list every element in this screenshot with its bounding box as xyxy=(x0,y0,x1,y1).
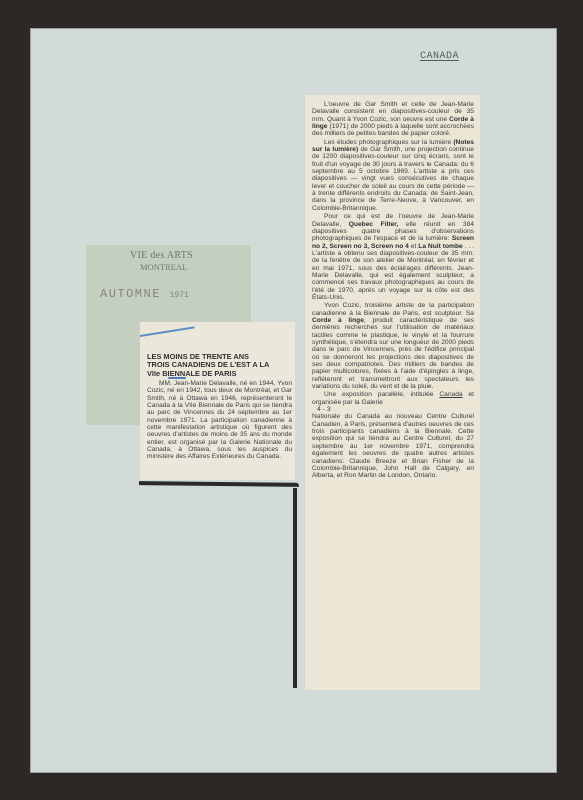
right-newspaper-clipping: L'oeuvre de Gar Smith et celle de Jean-M… xyxy=(305,95,480,690)
paragraph-3: Pour ce qui est de l'oeuvre de Jean-Mari… xyxy=(312,213,474,301)
stamp-season-text: AUTOMNE xyxy=(100,287,161,301)
page-reference: 4 - 3 xyxy=(312,406,474,413)
paragraph-2: Les études photographiques sur la lumièr… xyxy=(312,139,474,212)
section-label: CANADA xyxy=(420,51,459,62)
stamp-publication: VIE des ARTS xyxy=(130,250,193,261)
clipping-shadow-vertical xyxy=(293,488,297,688)
article-headline: LES MOINS DE TRENTE ANS TROIS CANADIENS … xyxy=(147,353,292,378)
article-column: L'oeuvre de Gar Smith et celle de Jean-M… xyxy=(312,101,474,481)
article-paragraph: MM. Jean-Marie Delavalle, né en 1944, Yv… xyxy=(147,380,292,461)
left-newspaper-clipping: LES MOINS DE TRENTE ANS TROIS CANADIENS … xyxy=(140,322,295,480)
stamp-city: MONTREAL xyxy=(140,262,187,272)
paragraph-1: L'oeuvre de Gar Smith et celle de Jean-M… xyxy=(312,101,474,138)
stamp-year: 1971 xyxy=(170,291,189,300)
stamp-date: AUTOMNE 1971 xyxy=(100,287,189,301)
paragraph-4: Yvon Cozic, troisième artiste de la part… xyxy=(312,302,474,390)
blue-pen-underline xyxy=(168,377,186,379)
paragraph-5: Une exposition parallèle, intitulée Cana… xyxy=(312,391,474,479)
